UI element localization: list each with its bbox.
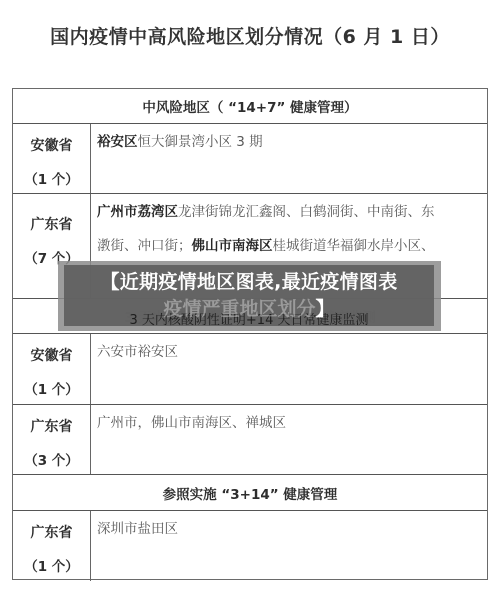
province-name: 安徽省 bbox=[13, 346, 90, 366]
province-name: 安徽省 bbox=[13, 136, 90, 156]
province-name: 广东省 bbox=[13, 417, 90, 437]
section-header-label: 参照实施 “3+14” 健康管理 bbox=[163, 483, 338, 503]
province-cell: 安徽省 （1 个） bbox=[13, 334, 91, 404]
caption-close-bracket: 】 bbox=[316, 298, 335, 320]
section-header-label: 中风险地区（ “14+7” 健康管理） bbox=[142, 96, 357, 116]
area-cell: 裕安区恒大御景湾小区 3 期 bbox=[91, 124, 487, 193]
area-line: 漖街、冲口街；佛山市南海区桂城街道华福御水岸小区、 bbox=[97, 236, 483, 256]
caption-overlay: 3 天内核酸阴性证明+14 天日常健康监测 【近期疫情地区图表,最近疫情图表 疫… bbox=[58, 261, 441, 331]
province-cell: 广东省 （3 个） bbox=[13, 405, 91, 474]
caption-line-1: 【近期疫情地区图表,最近疫情图表 bbox=[64, 267, 434, 294]
section-header-medium-risk: 中风险地区（ “14+7” 健康管理） bbox=[13, 89, 487, 124]
table-row-guangdong-monitoring: 广东省 （3 个） 广州市，佛山市南海区、禅城区 bbox=[13, 405, 487, 475]
section-header-3-14: 参照实施 “3+14” 健康管理 bbox=[13, 475, 487, 511]
area-line: 深圳市盐田区 bbox=[97, 519, 483, 539]
area-line: 六安市裕安区 bbox=[97, 342, 483, 362]
area-district: 裕安区 bbox=[97, 134, 138, 150]
province-count: （1 个） bbox=[13, 170, 90, 190]
area-line: 广州市荔湾区龙津街锦龙汇鑫阁、白鹤洞街、中南街、东 bbox=[97, 202, 483, 222]
table-row-anhui-medium: 安徽省 （1 个） 裕安区恒大御景湾小区 3 期 bbox=[13, 124, 487, 194]
province-name: 广东省 bbox=[13, 523, 90, 543]
area-line: 广州市，佛山市南海区、禅城区 bbox=[97, 413, 483, 433]
caption-line-2-text: 疫情严重地区划分 bbox=[163, 298, 315, 320]
area-line: 裕安区恒大御景湾小区 3 期 bbox=[97, 132, 483, 152]
area-detail: 龙津街锦龙汇鑫阁、白鹤洞街、中南街、东 bbox=[178, 204, 435, 220]
area-cell: 六安市裕安区 bbox=[91, 334, 487, 404]
province-name: 广东省 bbox=[13, 215, 90, 235]
province-count: （3 个） bbox=[13, 451, 90, 471]
area-detail: 桂城街道华福御水岸小区、 bbox=[273, 238, 435, 254]
table-row-anhui-monitoring: 安徽省 （1 个） 六安市裕安区 bbox=[13, 334, 487, 405]
area-detail: 恒大御景湾小区 3 期 bbox=[138, 134, 263, 150]
area-cell: 深圳市盐田区 bbox=[91, 511, 487, 581]
caption-line-2: 疫情严重地区划分】 bbox=[64, 294, 434, 321]
province-count: （1 个） bbox=[13, 380, 90, 400]
province-count: （1 个） bbox=[13, 557, 90, 577]
caption-overlay-inner: 3 天内核酸阴性证明+14 天日常健康监测 【近期疫情地区图表,最近疫情图表 疫… bbox=[64, 265, 434, 326]
document-title: 国内疫情中高风险地区划分情况（6 月 1 日） bbox=[0, 22, 500, 49]
table-row-guangdong-3-14: 广东省 （1 个） 深圳市盐田区 bbox=[13, 511, 487, 581]
area-district: 广州市荔湾区 bbox=[97, 204, 178, 220]
area-detail-prefix: 漖街、冲口街； bbox=[97, 238, 192, 254]
province-cell: 安徽省 （1 个） bbox=[13, 124, 91, 193]
risk-area-table: 中风险地区（ “14+7” 健康管理） 安徽省 （1 个） 裕安区恒大御景湾小区… bbox=[12, 88, 488, 580]
province-cell: 广东省 （1 个） bbox=[13, 511, 91, 581]
area-cell: 广州市，佛山市南海区、禅城区 bbox=[91, 405, 487, 474]
area-district: 佛山市南海区 bbox=[192, 238, 273, 254]
